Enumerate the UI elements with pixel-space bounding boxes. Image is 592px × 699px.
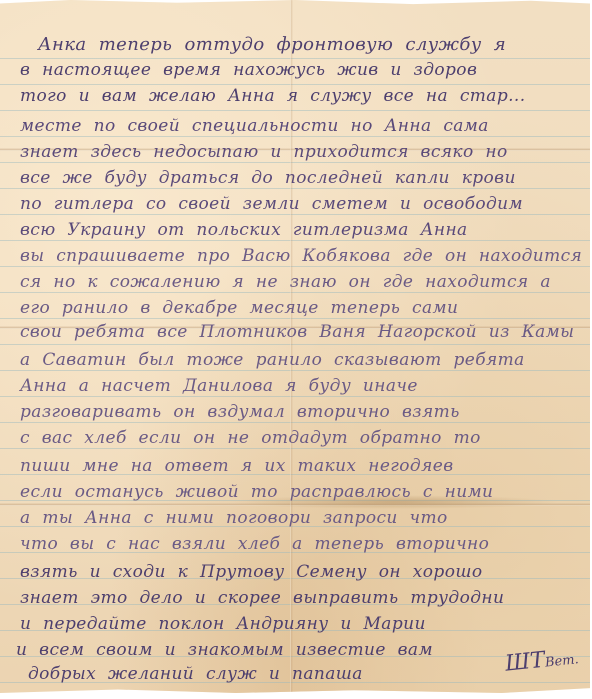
letter-line: добрых желаний служ и папаша bbox=[28, 664, 582, 684]
letter-line: и передайте поклон Андрияну и Марии bbox=[20, 614, 582, 634]
letter-line: его ранило в декабре месяце теперь сами bbox=[20, 298, 582, 318]
letter-line: в настоящее время нахожусь жив и здоров bbox=[20, 60, 582, 80]
letter-line: и всем своим и знакомым известие вам bbox=[16, 640, 582, 660]
letter-line: свои ребята все Плотников Ваня Нагорской… bbox=[20, 322, 582, 342]
letter-line: взять и сходи к Прутову Семену он хорошо bbox=[20, 562, 582, 582]
letter-line: Анна а насчет Данилова я буду иначе bbox=[20, 376, 582, 396]
letter-line: а Саватин был тоже ранило сказывают ребя… bbox=[20, 350, 582, 370]
letter-line: пиши мне на ответ я их таких негодяев bbox=[20, 456, 582, 476]
letter-line: ся но к сожалению я не знаю он где наход… bbox=[20, 272, 582, 292]
letter-paper: Анка теперь оттудо фронтовую службу я в … bbox=[0, 0, 590, 693]
letter-line: с вас хлеб если он не отдадут обратно то bbox=[20, 428, 582, 448]
letter-line: все же буду драться до последней капли к… bbox=[20, 168, 582, 188]
letter-line: а ты Анна с ними поговори запроси что bbox=[20, 508, 582, 528]
letter-line: что вы с нас взяли хлеб а теперь вторичн… bbox=[20, 534, 582, 554]
signature-initials: ШТ bbox=[504, 648, 546, 677]
letter-line: знает здесь недосыпаю и приходится всяко… bbox=[20, 142, 582, 162]
letter-line: знает это дело и скорее выправить трудод… bbox=[20, 588, 582, 608]
letter-line: месте по своей специальности но Анна сам… bbox=[20, 116, 582, 136]
letter-line: если останусь живой то расправлюсь с ним… bbox=[20, 482, 582, 502]
letter-line: вы спрашиваете про Васю Кобякова где он … bbox=[20, 246, 581, 266]
letter-line: того и вам желаю Анна я служу все на ста… bbox=[20, 86, 582, 106]
letter-line: всю Украину от польских гитлеризма Анна bbox=[20, 220, 582, 240]
letter-line: Анка теперь оттудо фронтовую службу я bbox=[38, 34, 582, 55]
letter-line: разговаривать он вздумал вторично взять bbox=[20, 402, 582, 422]
letter-line: по гитлера со своей земли сметем и освоб… bbox=[20, 194, 582, 214]
letter-body: Анка теперь оттудо фронтовую службу я в … bbox=[0, 0, 590, 693]
signature-text: Вет. bbox=[544, 652, 579, 670]
